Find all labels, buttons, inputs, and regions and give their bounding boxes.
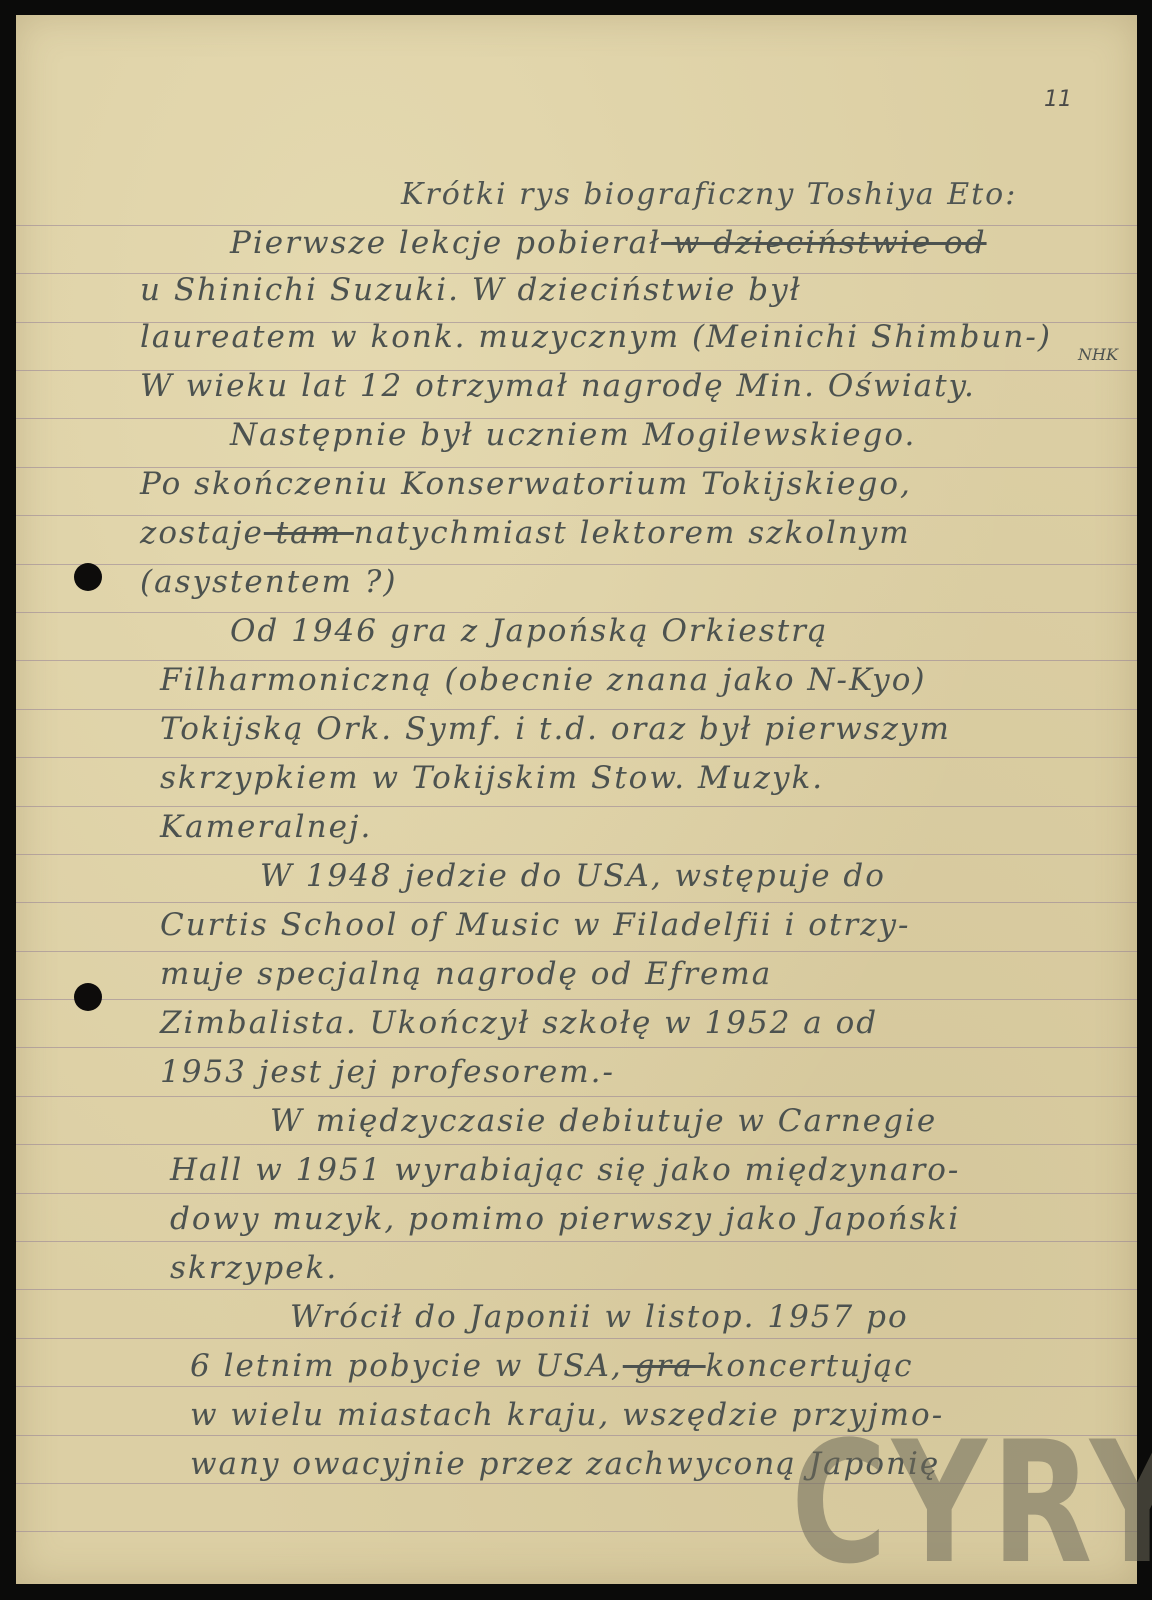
text-line: Pierwsze lekcje pobierał w dzieciństwie … [230,225,987,261]
text-line: muje specjalną nagrodę od Efrema [160,956,772,992]
line-text: muje specjalną nagrodę od Efrema [160,956,772,992]
line-text: Wrócił do Japonii w listop. 1957 po [290,1299,909,1335]
line-text: Hall w 1951 wyrabiając się jako międzyna… [170,1152,960,1188]
line-text: laureatem w konk. muzycznym (Meinichi Sh… [140,319,1052,355]
punch-hole [74,983,102,1011]
text-line: Kameralnej. [160,809,372,845]
margin-note: NHK [1078,345,1118,364]
text-line: W międzyczasie debiutuje w Carnegie [270,1103,937,1139]
text-line: Wrócił do Japonii w listop. 1957 po [290,1299,909,1335]
line-text: (asystentem ?) [140,564,397,600]
line-text: skrzypkiem w Tokijskim Stow. Muzyk. [160,760,824,796]
line-text: Zimbalista. Ukończył szkołę w 1952 a od [160,1005,878,1041]
ruled-line [16,1338,1137,1339]
line-text: Tokijską Ork. Symf. i t.d. oraz był pier… [160,711,951,747]
text-line: Tokijską Ork. Symf. i t.d. oraz był pier… [160,711,951,747]
ruled-line [16,1386,1137,1387]
line-text: dowy muzyk, pomimo pierwszy jako Japońsk… [170,1201,960,1237]
line-text: Curtis School of Music w Filadelfii i ot… [160,907,911,943]
text-line: skrzypek. [170,1250,338,1286]
text-line: Następnie był uczniem Mogilewskiego. [230,417,916,453]
ruled-line [16,1047,1137,1048]
page-number: 11 [1044,87,1072,112]
text-line: dowy muzyk, pomimo pierwszy jako Japońsk… [170,1201,960,1237]
line-text: 6 letnim pobycie w USA, [190,1348,623,1384]
line-text: koncertując [706,1348,914,1384]
text-line: skrzypkiem w Tokijskim Stow. Muzyk. [160,760,824,796]
text-line: laureatem w konk. muzycznym (Meinichi Sh… [140,319,1052,355]
ruled-line [16,951,1137,952]
line-text: W międzyczasie debiutuje w Carnegie [270,1103,937,1139]
ruled-line [16,1096,1137,1097]
line-text: Pierwsze lekcje pobierał [230,225,661,261]
ruled-line [16,1144,1137,1145]
text-line: zostaje tam natychmiast lektorem szkolny… [140,515,911,551]
ruled-line [16,1289,1137,1290]
text-line: Od 1946 gra z Japońską Orkiestrą [230,613,828,649]
ruled-line [16,806,1137,807]
line-text: natychmiast lektorem szkolnym [354,515,911,551]
struck-text: w dzieciństwie od [661,225,986,261]
line-text: Po skończeniu Konserwatorium Tokijskiego… [140,466,912,502]
text-line: (asystentem ?) [140,564,397,600]
text-line: u Shinichi Suzuki. W dzieciństwie był [140,272,802,308]
text-line: 1953 jest jej profesorem.- [160,1054,615,1090]
line-text: W 1948 jedzie do USA, wstępuje do [260,858,886,894]
line-text: Kameralnej. [160,809,372,845]
line-text: u Shinichi Suzuki. W dzieciństwie był [140,272,802,308]
ruled-line [16,902,1137,903]
line-text: W wieku lat 12 otrzymał nagrodę Min. Ośw… [140,368,976,404]
ruled-line [16,757,1137,758]
line-text: Od 1946 gra z Japońską Orkiestrą [230,613,828,649]
text-line: W 1948 jedzie do USA, wstępuje do [260,858,886,894]
line-text: 1953 jest jej profesorem.- [160,1054,615,1090]
text-line: Hall w 1951 wyrabiając się jako międzyna… [170,1152,960,1188]
text-line: Zimbalista. Ukończył szkołę w 1952 a od [160,1005,878,1041]
text-line: 6 letnim pobycie w USA, gra koncertując [190,1348,913,1384]
ruled-line [16,660,1137,661]
line-text: Następnie był uczniem Mogilewskiego. [230,417,916,453]
watermark-logo: CYRYL [791,1428,1152,1578]
punch-hole [74,563,102,591]
ruled-line [16,1241,1137,1242]
text-line: W wieku lat 12 otrzymał nagrodę Min. Ośw… [140,368,976,404]
ruled-line [16,709,1137,710]
document-page: 11 Krótki rys biograficzny Toshiya Eto: … [16,15,1137,1584]
struck-text: gra [623,1348,706,1384]
text-line: Po skończeniu Konserwatorium Tokijskiego… [140,466,912,502]
line-text: skrzypek. [170,1250,338,1286]
line-text: Filharmoniczną (obecnie znana jako N-Kyo… [160,662,926,698]
text-line: Filharmoniczną (obecnie znana jako N-Kyo… [160,662,926,698]
text-line: Curtis School of Music w Filadelfii i ot… [160,907,911,943]
ruled-line [16,1193,1137,1194]
ruled-line [16,854,1137,855]
ruled-line [16,999,1137,1000]
line-text: zostaje [140,515,264,551]
page-title: Krótki rys biograficzny Toshiya Eto: [401,177,1017,212]
struck-text: tam [264,515,354,551]
